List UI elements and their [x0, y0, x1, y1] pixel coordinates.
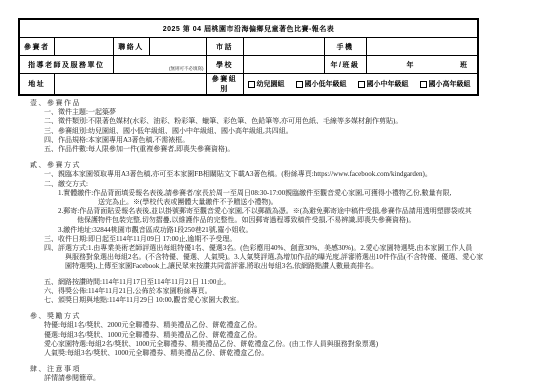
contestant-label: 參賽者	[19, 38, 54, 56]
body-line: 三、參賽組別:幼兒園組、國小低年級組、國小中年級組、國小高年級組,共四組。	[30, 127, 542, 136]
class-suffix: 班	[460, 60, 467, 70]
mobile-input[interactable]	[366, 38, 478, 56]
checkbox-empty-icon[interactable]	[296, 81, 303, 88]
contact-input[interactable]	[149, 38, 206, 56]
checkbox-empty-icon[interactable]	[420, 81, 427, 88]
body-line: 特優:每組1名/獎狀、2000元全聯禮券、精美禮品乙份、餅乾禮盒乙份。	[30, 321, 542, 330]
body-line: 與服務對象選出每組2名。(不含特優、優選、人氣獎)。3.人氣獎評選,為增加作品的…	[30, 253, 542, 262]
document-body: 壹、參賽作品一、徵件主題:一起築夢二、徵件類別:不限著色媒材(水彩、油彩、粉彩筆…	[30, 99, 542, 384]
address-label: 地址	[19, 74, 54, 96]
body-line: 四、作品規格:本家園專用A3著色稿,不需裱框。	[30, 136, 542, 145]
grade-class-blanks: 年 班	[369, 60, 476, 70]
school-input[interactable]	[243, 56, 324, 74]
section-heading: 參、獎勵方式	[30, 312, 542, 321]
group-option-label: 國小低年級組	[305, 79, 347, 89]
contact-label: 聯絡人	[113, 38, 149, 56]
body-line: 二、徵件類別:不限著色媒材(水彩、油彩、粉彩筆、蠟筆、彩色筆、色鉛筆等,亦可用色…	[30, 117, 542, 126]
teacher-input[interactable]: (無則可不必填寫)	[113, 56, 206, 74]
group-option-label: 國小中年級組	[367, 79, 409, 89]
grade-class-label: 年/班級	[324, 56, 366, 74]
body-line: 詳情請參閱簡章。	[30, 374, 542, 383]
year-suffix: 年	[407, 60, 414, 70]
checkbox-empty-icon[interactable]	[358, 81, 365, 88]
body-line: 一、徵件主題:一起築夢	[30, 108, 542, 117]
body-line: 人氣獎:每組3名/獎狀、1000元全聯禮券、精美禮品乙份、餅乾禮盒乙份。	[30, 349, 542, 358]
teacher-note: (無則可不必填寫)	[169, 66, 204, 72]
body-line: 七、頒獎日期與地點:114年11月29日 10:00,觀音愛心家園大教室。	[30, 296, 542, 305]
body-line: 一、親臨本家園領取專用A3著色稿,亦可至本家園FB相關貼文下載A3著色稿。(粉絲…	[30, 170, 542, 179]
registration-form-page: 2025 第 04 屆桃園市沿海偏鄉兒童著色比賽-報名表 參賽者 聯絡人 市話 …	[0, 0, 550, 389]
body-line: 3.繳件地址:32844桃園市觀音區成功路1段250巷21號,羅小姐收。	[30, 226, 542, 235]
section-heading: 壹、參賽作品	[30, 99, 542, 108]
group-option-checkbox[interactable]: 國小高年級組	[420, 79, 471, 89]
contestant-input[interactable]	[54, 38, 113, 56]
body-line: 四、評選方式:1.由專業美術老師評選出每組特優1名、優選3名。(色彩應用40%、…	[30, 244, 542, 253]
address-input[interactable]	[54, 74, 206, 96]
body-line: 優選:每組3名/獎狀、1000元全聯禮券、精美禮品乙份、餅乾禮盒乙份。	[30, 331, 542, 340]
checkbox-empty-icon[interactable]	[248, 81, 255, 88]
group-option-checkbox[interactable]: 國小低年級組	[296, 79, 347, 89]
teacher-label: 指導老師及服務單位	[19, 56, 113, 74]
section: 肆、注意事項詳情請參閱簡章。	[30, 365, 542, 383]
registration-table: 2025 第 04 屆桃園市沿海偏鄉兒童著色比賽-報名表 參賽者 聯絡人 市話 …	[18, 18, 479, 96]
form-title: 2025 第 04 屆桃園市沿海偏鄉兒童著色比賽-報名表	[19, 19, 478, 38]
grade-class-input[interactable]: 年 班	[366, 56, 478, 74]
body-line: 送完為止。※(學校代表或團體大量繳件不予贈送小禮物)。	[30, 198, 542, 207]
group-options-cell: 幼兒園組國小低年級組國小中年級組國小高年級組	[243, 74, 478, 96]
school-label: 學校	[206, 56, 243, 74]
group-option-label: 國小高年級組	[429, 79, 471, 89]
body-line: 愛心家園特選:每組2名/獎狀、1000元全聯禮券、精美禮品乙份、餅乾禮盒乙份。(…	[30, 340, 542, 349]
body-line: 1.實體繳件:作品背面填妥報名表後,請參賽者/家長於周一至周日08:30-17:…	[30, 189, 542, 198]
body-line: 二、繳交方式:	[30, 180, 542, 189]
body-line: 五、網路按讚時間:114年11月17日至114年11月21日 11:00止。	[30, 278, 542, 287]
body-line: 五、作品件數:每人限參加一件(重複參賽者,即喪失參賽資格)。	[30, 145, 542, 154]
body-line: 六、得獎公佈:114年11月21日,公佈於本家園粉絲專頁。	[30, 287, 542, 296]
section-heading: 肆、注意事項	[30, 365, 542, 374]
phone-label: 市話	[206, 38, 243, 56]
body-line: 園特選獎),上傳至家園Facebook上,讓民眾來按讚共同當評審,將取出每組3名…	[30, 262, 542, 271]
body-line: 2.郵寄:作品背面貼妥報名表後,並以掛號郵寄至觀音愛心家園,不以郵戳為憑。※(為…	[30, 207, 542, 216]
section-heading: 貳、參賽方式	[30, 161, 542, 170]
phone-input[interactable]	[243, 38, 324, 56]
section: 貳、參賽方式一、親臨本家園領取專用A3著色稿,亦可至本家園FB相關貼文下載A3著…	[30, 161, 542, 305]
section: 壹、參賽作品一、徵件主題:一起築夢二、徵件類別:不限著色媒材(水彩、油彩、粉彩筆…	[30, 99, 542, 154]
group-option-checkbox[interactable]: 國小中年級組	[358, 79, 409, 89]
group-option-checkbox[interactable]: 幼兒園組	[248, 79, 285, 89]
group-label: 參賽組別	[206, 74, 243, 96]
body-line: 他保護物件包裝完整,切勿摺疊,以維護作品的完整性。如因郵寄過程導致稿件受損,不易…	[30, 216, 542, 225]
group-options: 幼兒園組國小低年級組國小中年級組國小高年級組	[246, 79, 476, 89]
body-line: 三、收件日期:即日起至114年11月09日 17:00止,逾期不予受理。	[30, 235, 542, 244]
group-option-label: 幼兒園組	[257, 79, 285, 89]
mobile-label: 手機	[324, 38, 366, 56]
section: 參、獎勵方式特優:每組1名/獎狀、2000元全聯禮券、精美禮品乙份、餅乾禮盒乙份…	[30, 312, 542, 358]
